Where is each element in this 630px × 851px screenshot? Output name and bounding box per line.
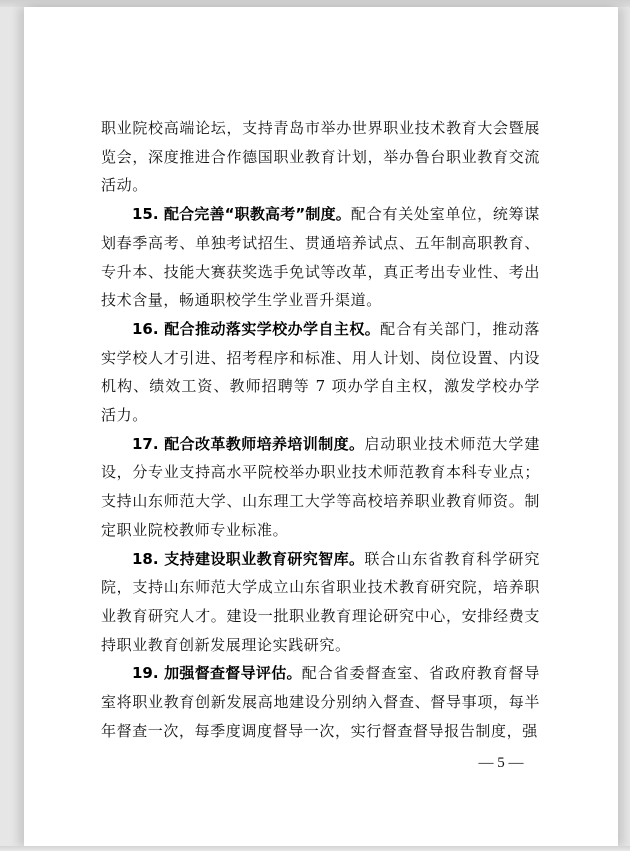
- paragraph-item-15: 15. 配合完善“职教高考”制度。配合有关处室单位，统筹谋划春季高考、单独考试招…: [101, 200, 540, 315]
- paragraph-continuation: 职业院校高端论坛，支持青岛市举办世界职业技术教育大会暨展览会，深度推进合作德国职…: [101, 114, 540, 200]
- paragraph-heading: 18. 支持建设职业教育研究智库。: [132, 550, 364, 568]
- paragraph-item-18: 18. 支持建设职业教育研究智库。联合山东省教育科学研究院，支持山东师范大学成立…: [101, 545, 540, 660]
- paragraph-body: 职业院校高端论坛，支持青岛市举办世界职业技术教育大会暨展览会，深度推进合作德国职…: [101, 119, 540, 194]
- viewer-top-edge: [0, 0, 630, 7]
- paragraph-item-16: 16. 配合推动落实学校办学自主权。配合有关部门，推动落实学校人才引进、招考程序…: [101, 315, 540, 430]
- viewer-bottom-edge: [0, 846, 630, 851]
- paragraph-heading: 17. 配合改革教师培养培训制度。: [132, 435, 364, 453]
- paragraph-heading: 19. 加强督查督导评估。: [132, 664, 302, 682]
- paragraph-heading: 16. 配合推动落实学校办学自主权。: [132, 320, 380, 338]
- document-page: 职业院校高端论坛，支持青岛市举办世界职业技术教育大会暨展览会，深度推进合作德国职…: [24, 7, 618, 846]
- paragraph-item-19: 19. 加强督查督导评估。配合省委督查室、省政府教育督导室将职业教育创新发展高地…: [101, 659, 540, 745]
- paragraph-item-17: 17. 配合改革教师培养培训制度。启动职业技术师范大学建设，分专业支持高水平院校…: [101, 430, 540, 545]
- paragraph-heading: 15. 配合完善“职教高考”制度。: [132, 205, 351, 223]
- page-content: 职业院校高端论坛，支持青岛市举办世界职业技术教育大会暨展览会，深度推进合作德国职…: [101, 114, 540, 745]
- page-number: — 5 —: [476, 753, 526, 773]
